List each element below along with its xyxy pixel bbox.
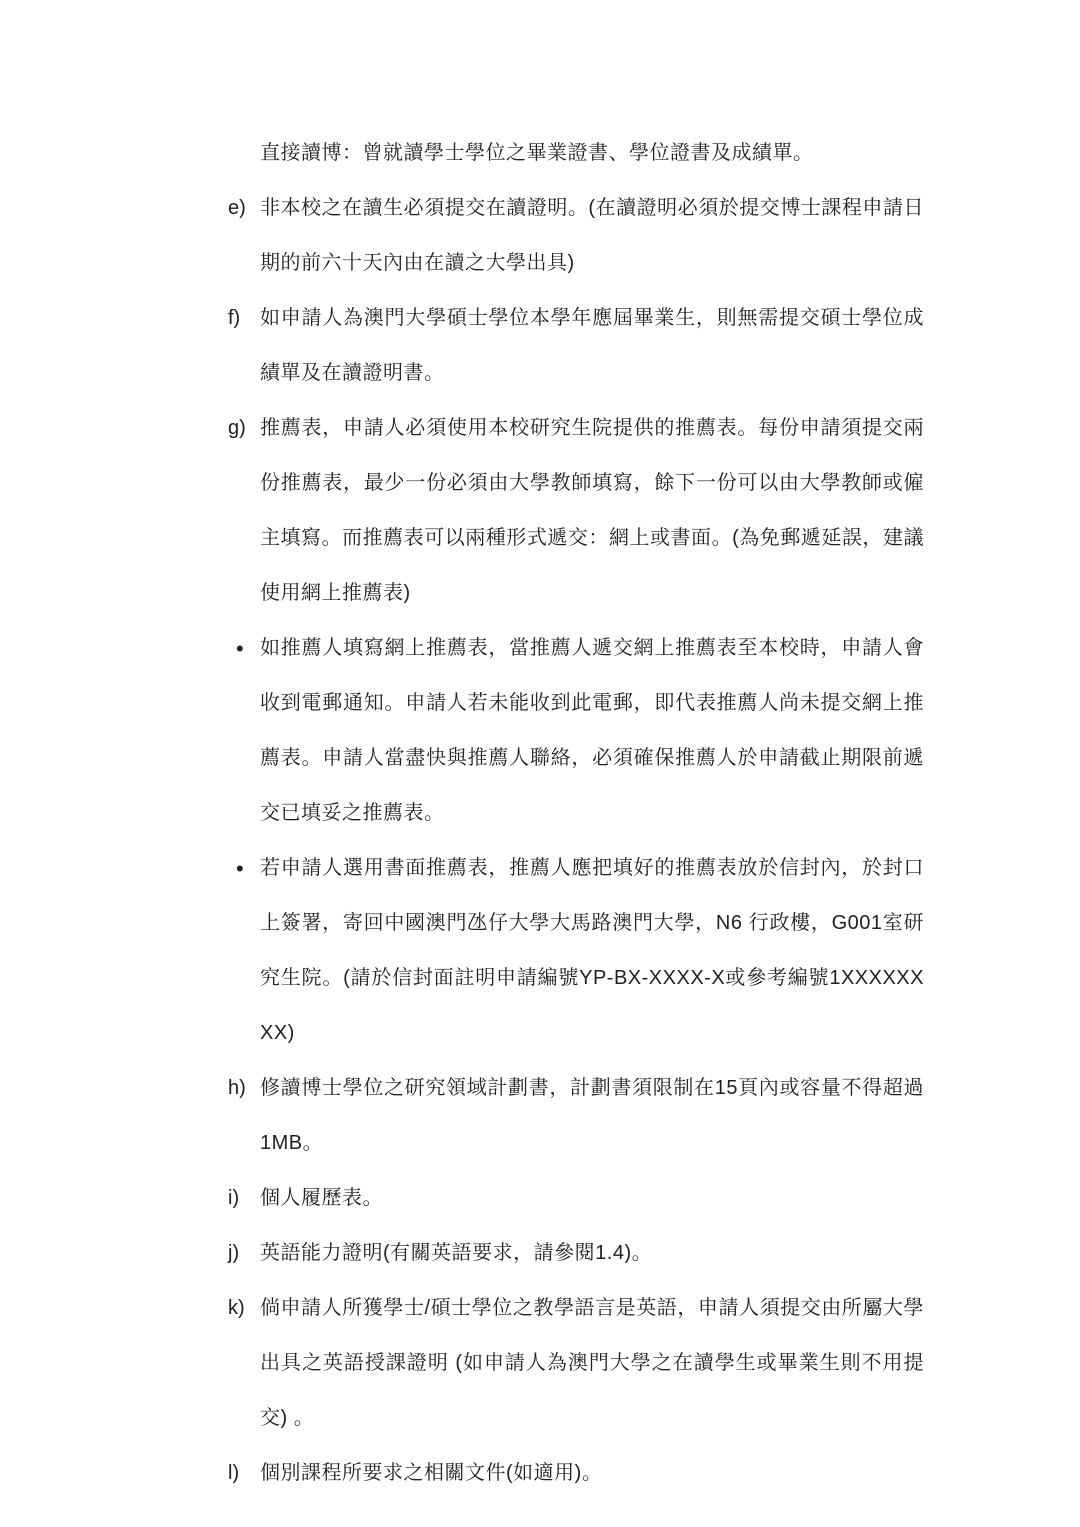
list-item: 直接讀博：曾就讀學士學位之畢業證書、學位證書及成績單。 — [260, 126, 924, 181]
list-item: l)個別課程所要求之相關文件(如適用)。 — [260, 1446, 924, 1501]
list-item: h)修讀博士學位之研究領域計劃書，計劃書須限制在15頁內或容量不得超過1MB。 — [260, 1061, 924, 1171]
list-item: j)英語能力證明(有關英語要求，請參閱1.4)。 — [260, 1226, 924, 1281]
item-text: 修讀博士學位之研究領域計劃書，計劃書須限制在15頁內或容量不得超過1MB。 — [260, 1077, 924, 1154]
item-label: k) — [228, 1281, 258, 1336]
item-text: 如推薦人填寫網上推薦表，當推薦人遞交網上推薦表至本校時，申請人會收到電郵通知。申… — [260, 637, 924, 824]
document-body: 直接讀博：曾就讀學士學位之畢業證書、學位證書及成績單。e)非本校之在讀生必須提交… — [260, 126, 924, 1501]
item-label: i) — [228, 1171, 258, 1226]
list-item: e)非本校之在讀生必須提交在讀證明。(在讀證明必須於提交博士課程申請日期的前六十… — [260, 181, 924, 291]
item-label: g) — [228, 401, 258, 456]
list-item: •如推薦人填寫網上推薦表，當推薦人遞交網上推薦表至本校時，申請人會收到電郵通知。… — [260, 621, 924, 841]
item-label: f) — [228, 291, 258, 346]
item-text: 如申請人為澳門大學碩士學位本學年應屆畢業生，則無需提交碩士學位成績單及在讀證明書… — [260, 307, 924, 384]
item-text: 倘申請人所獲學士/碩士學位之教學語言是英語，申請人須提交由所屬大學出具之英語授課… — [260, 1297, 924, 1429]
document-page: 直接讀博：曾就讀學士學位之畢業證書、學位證書及成績單。e)非本校之在讀生必須提交… — [0, 0, 1080, 1527]
list-item: k)倘申請人所獲學士/碩士學位之教學語言是英語，申請人須提交由所屬大學出具之英語… — [260, 1281, 924, 1446]
list-item: f)如申請人為澳門大學碩士學位本學年應屆畢業生，則無需提交碩士學位成績單及在讀證… — [260, 291, 924, 401]
item-label: j) — [228, 1226, 258, 1281]
item-text: 英語能力證明(有關英語要求，請參閱1.4)。 — [260, 1242, 652, 1264]
item-text: 個別課程所要求之相關文件(如適用)。 — [260, 1462, 602, 1484]
item-label: e) — [228, 181, 258, 236]
list-item: i)個人履歷表。 — [260, 1171, 924, 1226]
item-text: 直接讀博：曾就讀學士學位之畢業證書、學位證書及成績單。 — [260, 142, 814, 164]
bullet-icon: • — [236, 841, 266, 896]
list-item: g)推薦表，申請人必須使用本校研究生院提供的推薦表。每份申請須提交兩份推薦表，最… — [260, 401, 924, 621]
item-label: l) — [228, 1446, 258, 1501]
item-text: 推薦表，申請人必須使用本校研究生院提供的推薦表。每份申請須提交兩份推薦表，最少一… — [260, 417, 924, 604]
item-label: h) — [228, 1061, 258, 1116]
item-text: 非本校之在讀生必須提交在讀證明。(在讀證明必須於提交博士課程申請日期的前六十天內… — [260, 197, 924, 274]
list-item: •若申請人選用書面推薦表，推薦人應把填好的推薦表放於信封內，於封口上簽署，寄回中… — [260, 841, 924, 1061]
bullet-icon: • — [236, 621, 266, 676]
item-text: 若申請人選用書面推薦表，推薦人應把填好的推薦表放於信封內，於封口上簽署，寄回中國… — [260, 857, 924, 1044]
item-text: 個人履歷表。 — [260, 1187, 383, 1209]
